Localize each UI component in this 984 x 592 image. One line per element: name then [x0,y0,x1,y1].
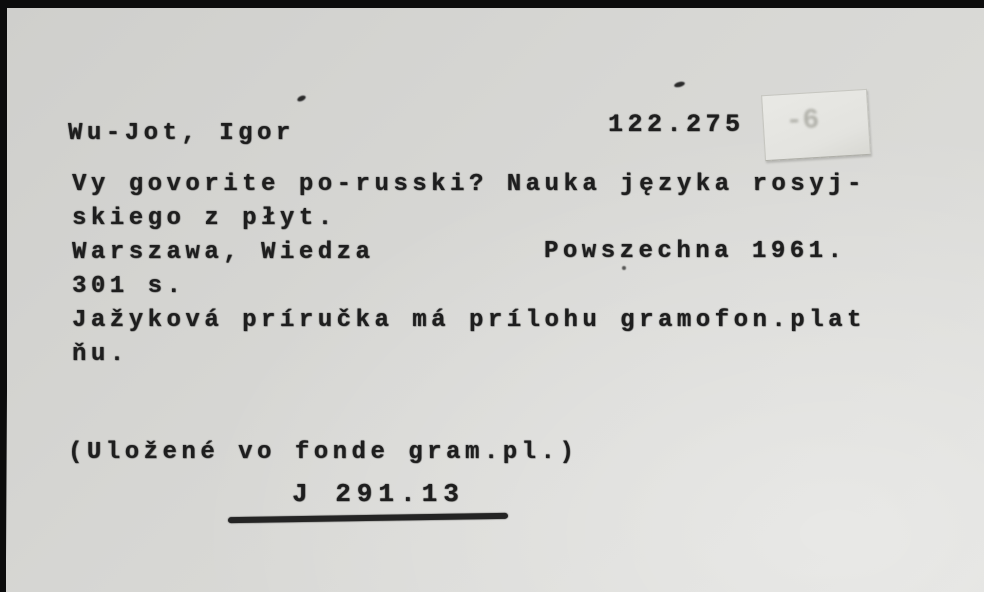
author-heading: Wu-Jot, Igor [68,120,295,148]
ink-speck [296,94,306,102]
call-number: 122.275 [608,111,745,139]
card-surface: Wu-Jot, Igor 122.275 -6 Vy govorite po-r… [6,8,984,592]
paper-sticker-patch: -6 [761,89,871,161]
sticker-faint-label: -6 [785,105,819,137]
shelf-mark-underline [228,513,508,523]
shelf-mark: J 291.13 [292,480,465,508]
imprint-place-publisher: Warszawa, Wiedza [72,239,374,267]
scan-edge-left [0,0,7,560]
title-line-1: Vy govorite po-russki? Nauka języka rosy… [72,171,866,199]
ink-speck [674,81,686,89]
pagination: 301 s. [72,273,185,301]
ink-speck [622,266,626,270]
imprint-publisher-year: Powszechna 1961. [544,238,846,266]
note-line-1: Jažyková príručka má prílohu gramofon.pl… [72,307,866,335]
title-line-2: skiego z płyt. [72,205,337,233]
note-line-2: ňu. [72,341,129,369]
scanned-catalog-card: Wu-Jot, Igor 122.275 -6 Vy govorite po-r… [0,0,984,592]
storage-note: (Uložené vo fonde gram.pl.) [68,439,578,467]
